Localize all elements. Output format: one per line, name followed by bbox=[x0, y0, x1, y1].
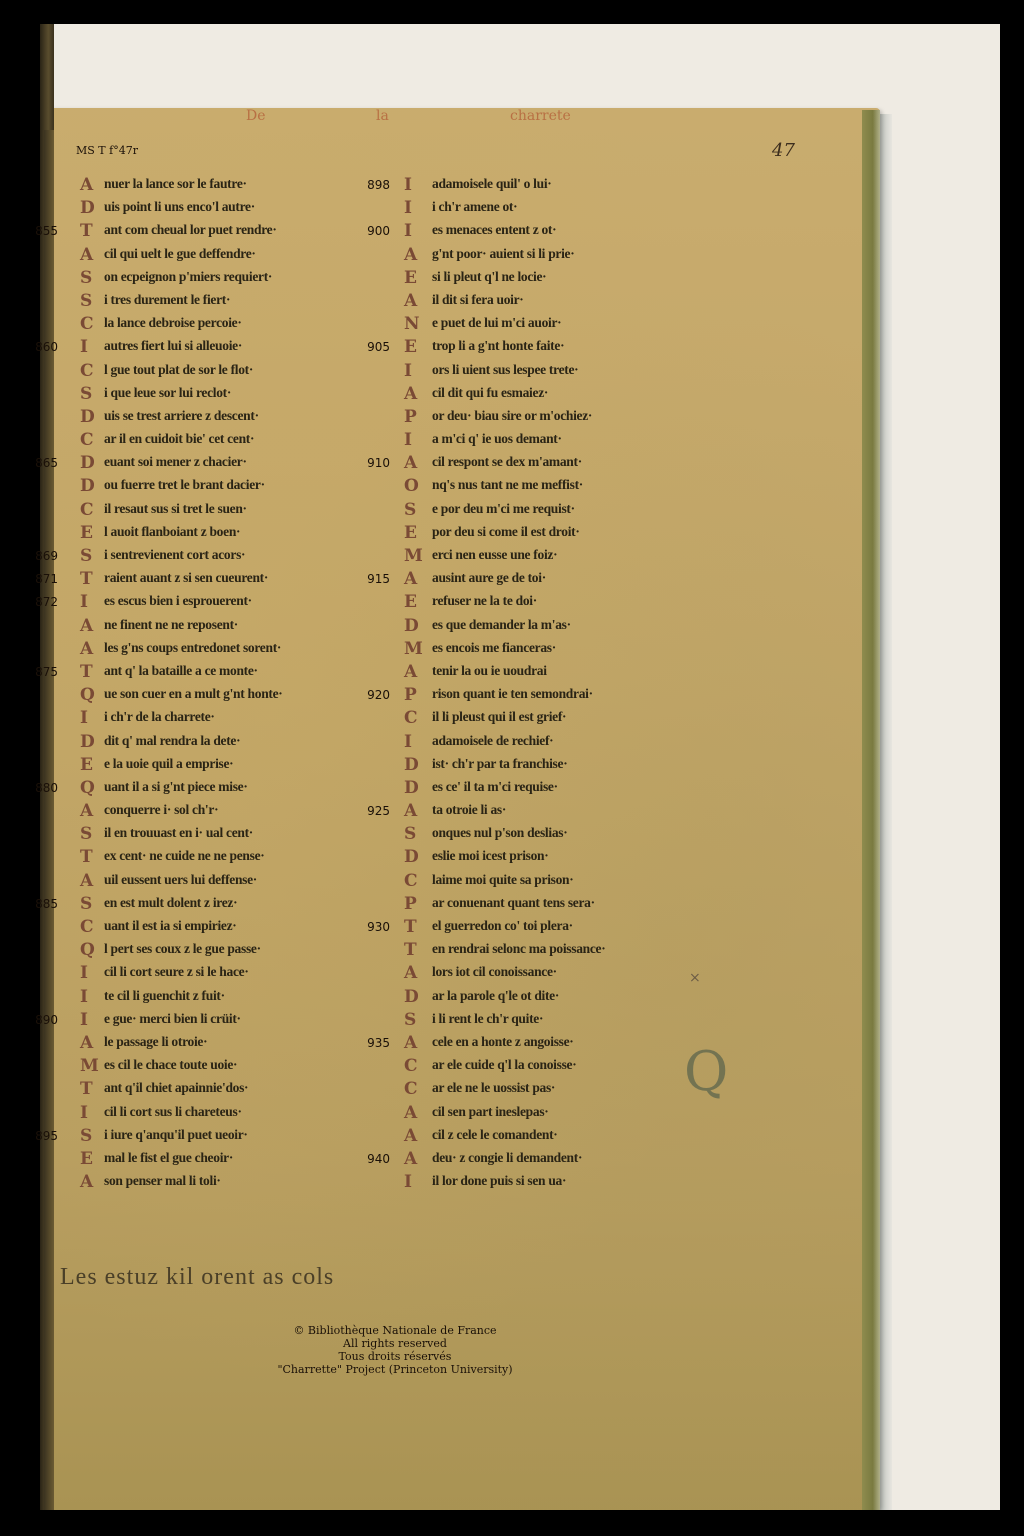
verse-text: lors iot cil conoissance· bbox=[432, 964, 557, 980]
verse-initial: A bbox=[404, 801, 417, 821]
verse-initial: S bbox=[80, 546, 92, 566]
verse-initial: T bbox=[80, 221, 93, 241]
verse-text: cil li cort sus li chareteus· bbox=[104, 1104, 242, 1120]
verse-initial: I bbox=[404, 1172, 412, 1192]
verse-text: ar ele cuide q'l la conoisse· bbox=[432, 1057, 576, 1073]
verse-initial: P bbox=[404, 685, 417, 705]
line-number: 935 bbox=[364, 1036, 390, 1050]
verse-text: e por deu m'ci me requist· bbox=[432, 501, 575, 517]
folio-number: 47 bbox=[772, 140, 795, 161]
verse-text: ant q' la bataille a ce monte· bbox=[104, 663, 258, 679]
verse-text: uis point li uns enco'l autre· bbox=[104, 199, 255, 215]
verse-text: ex cent· ne cuide ne ne pense· bbox=[104, 848, 265, 864]
line-number: 885 bbox=[34, 897, 58, 911]
verse-text: nuer la lance sor le fautre· bbox=[104, 176, 247, 192]
verse-initial: S bbox=[404, 1010, 416, 1030]
verse-initial: A bbox=[404, 1126, 417, 1146]
verse-text: cil li cort seure z si le hace· bbox=[104, 964, 249, 980]
verse-initial: T bbox=[80, 847, 93, 867]
verse-text: ne finent ne ne reposent· bbox=[104, 617, 238, 633]
line-number: 898 bbox=[364, 178, 390, 192]
verse-text: cele en a honte z angoisse· bbox=[432, 1034, 574, 1050]
verse-initial: A bbox=[404, 384, 417, 404]
verse-initial: C bbox=[404, 1056, 418, 1076]
verse-text: es ce' il ta m'ci requise· bbox=[432, 779, 558, 795]
verse-text: cil respont se dex m'amant· bbox=[432, 454, 582, 470]
verse-initial: A bbox=[404, 1033, 417, 1053]
verse-text: ta otroie li as· bbox=[432, 802, 506, 818]
verse-initial: A bbox=[404, 1103, 417, 1123]
verse-initial: P bbox=[404, 894, 417, 914]
verse-text: il li pleust qui il est grief· bbox=[432, 709, 566, 725]
verse-text: uis se trest arriere z descent· bbox=[104, 408, 259, 424]
line-number: 930 bbox=[364, 920, 390, 934]
verse-text: la lance debroise percoie· bbox=[104, 315, 242, 331]
page-shadow bbox=[880, 114, 892, 1510]
verse-text: l gue tout plat de sor le flot· bbox=[104, 362, 253, 378]
verse-initial: E bbox=[80, 523, 93, 543]
verse-text: i ch'r amene ot· bbox=[432, 199, 517, 215]
line-number: 890 bbox=[34, 1013, 58, 1027]
verse-text: deu· z congie li demandent· bbox=[432, 1150, 582, 1166]
verse-initial: D bbox=[404, 755, 419, 775]
verse-text: te cil li guenchit z fuit· bbox=[104, 988, 225, 1004]
verse-initial: D bbox=[404, 778, 419, 798]
verse-text: adamoisele quil' o lui· bbox=[432, 176, 552, 192]
verse-initial: C bbox=[80, 430, 94, 450]
verse-text: ors li uient sus lespee trete· bbox=[432, 362, 578, 378]
line-number: 855 bbox=[34, 224, 58, 238]
verse-initial: E bbox=[404, 268, 417, 288]
verse-initial: A bbox=[404, 1149, 417, 1169]
verse-initial: Q bbox=[80, 778, 95, 798]
verse-text: i tres durement le fiert· bbox=[104, 292, 230, 308]
verse-initial: T bbox=[80, 1079, 93, 1099]
verse-initial: T bbox=[404, 940, 417, 960]
verse-initial: A bbox=[80, 639, 93, 659]
verse-initial: C bbox=[80, 361, 94, 381]
verse-initial: I bbox=[80, 592, 88, 612]
line-number: 905 bbox=[364, 340, 390, 354]
verse-initial: I bbox=[80, 1010, 88, 1030]
copyright-line: © Bibliothèque Nationale de France bbox=[270, 1324, 520, 1337]
verse-initial: C bbox=[404, 708, 418, 728]
verse-initial: Q bbox=[80, 940, 95, 960]
line-number: 915 bbox=[364, 572, 390, 586]
verse-text: cil sen part ineslepas· bbox=[432, 1104, 548, 1120]
verse-text: cil dit qui fu esmaiez· bbox=[432, 385, 548, 401]
verse-text: autres fiert lui si alleuoie· bbox=[104, 338, 242, 354]
line-number: 940 bbox=[364, 1152, 390, 1166]
line-number: 880 bbox=[34, 781, 58, 795]
line-number: 875 bbox=[34, 665, 58, 679]
verse-text: tenir la ou ie uoudrai bbox=[432, 663, 547, 679]
verse-initial: E bbox=[404, 337, 417, 357]
verse-text: le passage li otroie· bbox=[104, 1034, 207, 1050]
verse-initial: T bbox=[80, 569, 93, 589]
verse-initial: S bbox=[80, 384, 92, 404]
verse-text: l auoit flanboiant z boen· bbox=[104, 524, 240, 540]
verse-initial: C bbox=[404, 871, 418, 891]
verse-initial: I bbox=[404, 430, 412, 450]
verse-text: refuser ne la te doi· bbox=[432, 593, 537, 609]
verse-text: i ch'r de la charrete· bbox=[104, 709, 215, 725]
verse-text: es escus bien i esprouerent· bbox=[104, 593, 252, 609]
verse-initial: I bbox=[80, 987, 88, 1007]
running-title-word: De bbox=[246, 108, 266, 124]
verse-initial: A bbox=[404, 569, 417, 589]
verse-initial: I bbox=[404, 361, 412, 381]
verse-initial: A bbox=[404, 291, 417, 311]
verse-text: ar il en cuidoit bie' cet cent· bbox=[104, 431, 254, 447]
verse-text: ant com cheual lor puet rendre· bbox=[104, 222, 277, 238]
verse-text: i sentrevienent cort acors· bbox=[104, 547, 245, 563]
show-through-initial: Q bbox=[684, 1040, 728, 1103]
verse-text: es cil le chace toute uoie· bbox=[104, 1057, 237, 1073]
running-title-word: la bbox=[376, 108, 389, 124]
line-number: 895 bbox=[34, 1129, 58, 1143]
verse-text: cil qui uelt le gue deffendre· bbox=[104, 246, 256, 262]
verse-text: en est mult dolent z irez· bbox=[104, 895, 237, 911]
verse-initial: E bbox=[80, 755, 93, 775]
verse-text: il resaut sus si tret le suen· bbox=[104, 501, 247, 517]
verse-initial: I bbox=[80, 963, 88, 983]
verse-initial: D bbox=[404, 847, 419, 867]
verse-text: a m'ci q' ie uos demant· bbox=[432, 431, 562, 447]
verse-initial: M bbox=[404, 546, 423, 566]
line-number: 920 bbox=[364, 688, 390, 702]
verse-initial: I bbox=[80, 708, 88, 728]
verse-text: nq's nus tant ne me meffist· bbox=[432, 477, 583, 493]
verse-text: i iure q'anqu'il puet ueoir· bbox=[104, 1127, 248, 1143]
verse-initial: A bbox=[404, 453, 417, 473]
verse-initial: M bbox=[404, 639, 423, 659]
verse-initial: T bbox=[80, 662, 93, 682]
verse-text: uant il a si g'nt piece mise· bbox=[104, 779, 248, 795]
verse-text: son penser mal li toli· bbox=[104, 1173, 221, 1189]
verse-text: g'nt poor· auient si li prie· bbox=[432, 246, 574, 262]
verse-initial: A bbox=[80, 175, 93, 195]
margin-cross-mark: × bbox=[689, 970, 701, 986]
verse-initial: P bbox=[404, 407, 417, 427]
verse-initial: D bbox=[404, 987, 419, 1007]
verse-text: adamoisele de rechief· bbox=[432, 733, 553, 749]
verse-text: ar ele ne le uossist pas· bbox=[432, 1080, 555, 1096]
verse-text: e puet de lui m'ci auoir· bbox=[432, 315, 561, 331]
verse-text: ant q'il chiet apainnie'dos· bbox=[104, 1080, 248, 1096]
verse-initial: I bbox=[80, 1103, 88, 1123]
verse-text: trop li a g'nt honte faite· bbox=[432, 338, 564, 354]
verse-text: en rendrai selonc ma poissance· bbox=[432, 941, 605, 957]
verse-initial: E bbox=[404, 592, 417, 612]
verse-text: uil eussent uers lui deffense· bbox=[104, 872, 257, 888]
verse-initial: S bbox=[80, 1126, 92, 1146]
verse-text: ist· ch'r par ta franchise· bbox=[432, 756, 567, 772]
verse-text: es menaces entent z ot· bbox=[432, 222, 556, 238]
verse-text: laime moi quite sa prison· bbox=[432, 872, 573, 888]
running-title-word: charrete bbox=[510, 108, 571, 124]
verse-text: mal le fist el gue cheoir· bbox=[104, 1150, 233, 1166]
verse-text: por deu si come il est droit· bbox=[432, 524, 580, 540]
line-number: 869 bbox=[34, 549, 58, 563]
page-gutter bbox=[44, 130, 54, 1510]
verse-text: rison quant ie ten semondrai· bbox=[432, 686, 593, 702]
verse-initial: C bbox=[80, 917, 94, 937]
line-number: 860 bbox=[34, 340, 58, 354]
verse-text: uant il est ia si empiriez· bbox=[104, 918, 237, 934]
verse-initial: D bbox=[80, 476, 95, 496]
verse-initial: E bbox=[404, 523, 417, 543]
verse-text: i que leue sor lui reclot· bbox=[104, 385, 231, 401]
verse-initial: A bbox=[404, 662, 417, 682]
verse-text: es encois me fianceras· bbox=[432, 640, 556, 656]
verse-text: ausint aure ge de toi· bbox=[432, 570, 546, 586]
verse-text: eslie moi icest prison· bbox=[432, 848, 548, 864]
verse-initial: A bbox=[80, 1172, 93, 1192]
verse-initial: D bbox=[80, 407, 95, 427]
line-number: 872 bbox=[34, 595, 58, 609]
verse-initial: S bbox=[404, 500, 416, 520]
verse-text: el guerredon co' toi plera· bbox=[432, 918, 573, 934]
verse-initial: C bbox=[80, 314, 94, 334]
verse-initial: D bbox=[80, 453, 95, 473]
line-number: 900 bbox=[364, 224, 390, 238]
line-number: 871 bbox=[34, 572, 58, 586]
verse-text: il dit si fera uoir· bbox=[432, 292, 524, 308]
verse-text: il en trouuast en i· ual cent· bbox=[104, 825, 253, 841]
verse-initial: I bbox=[404, 198, 412, 218]
verse-text: on ecpeignon p'miers requiert· bbox=[104, 269, 272, 285]
verse-initial: I bbox=[404, 175, 412, 195]
verse-initial: D bbox=[80, 732, 95, 752]
verse-text: es que demander la m'as· bbox=[432, 617, 571, 633]
verse-initial: N bbox=[404, 314, 420, 334]
section-heading: Les estuz kil orent as cols bbox=[60, 1264, 334, 1291]
verse-text: e gue· merci bien li crüit· bbox=[104, 1011, 241, 1027]
verse-initial: I bbox=[404, 732, 412, 752]
verse-initial: A bbox=[80, 1033, 93, 1053]
verse-text: cil z cele le comandent· bbox=[432, 1127, 558, 1143]
verse-text: e la uoie quil a emprise· bbox=[104, 756, 233, 772]
verse-initial: A bbox=[404, 245, 417, 265]
verse-initial: S bbox=[80, 894, 92, 914]
verse-initial: S bbox=[80, 291, 92, 311]
verse-text: l pert ses coux z le gue passe· bbox=[104, 941, 261, 957]
verse-initial: I bbox=[404, 221, 412, 241]
verse-initial: D bbox=[80, 198, 95, 218]
verse-initial: C bbox=[80, 500, 94, 520]
verse-text: raient auant z si sen cueurent· bbox=[104, 570, 268, 586]
verse-text: i li rent le ch'r quite· bbox=[432, 1011, 543, 1027]
verse-text: ar conuenant quant tens sera· bbox=[432, 895, 595, 911]
verse-initial: I bbox=[80, 337, 88, 357]
verse-text: si li pleut q'l ne locie· bbox=[432, 269, 546, 285]
verse-initial: S bbox=[80, 824, 92, 844]
verse-text: il lor done puis si sen ua· bbox=[432, 1173, 566, 1189]
copyright-notice: © Bibliothèque Nationale de France All r… bbox=[270, 1324, 520, 1376]
verse-initial: A bbox=[80, 245, 93, 265]
verse-initial: M bbox=[80, 1056, 99, 1076]
verse-initial: C bbox=[404, 1079, 418, 1099]
verse-text: ue son cuer en a mult g'nt honte· bbox=[104, 686, 283, 702]
copyright-line: Tous droits réservés bbox=[270, 1350, 520, 1363]
verse-initial: E bbox=[80, 1149, 93, 1169]
verse-text: ar la parole q'le ot dite· bbox=[432, 988, 559, 1004]
verse-initial: O bbox=[404, 476, 419, 496]
line-number: 910 bbox=[364, 456, 390, 470]
manuscript-label: MS T f°47r bbox=[76, 144, 138, 157]
line-number: 865 bbox=[34, 456, 58, 470]
verse-text: conquerre i· sol ch'r· bbox=[104, 802, 218, 818]
verse-text: dit q' mal rendra la dete· bbox=[104, 733, 240, 749]
verse-text: les g'ns coups entredonet sorent· bbox=[104, 640, 281, 656]
verse-text: onques nul p'son deslias· bbox=[432, 825, 567, 841]
verse-initial: A bbox=[80, 801, 93, 821]
verse-initial: A bbox=[80, 616, 93, 636]
verse-text: or deu· biau sire or m'ochiez· bbox=[432, 408, 592, 424]
verse-initial: A bbox=[80, 871, 93, 891]
copyright-line: All rights reserved bbox=[270, 1337, 520, 1350]
copyright-line: "Charrette" Project (Princeton Universit… bbox=[270, 1363, 520, 1376]
verse-initial: Q bbox=[80, 685, 95, 705]
verse-initial: A bbox=[404, 963, 417, 983]
page-edge bbox=[862, 110, 880, 1510]
line-number: 925 bbox=[364, 804, 390, 818]
verse-initial: T bbox=[404, 917, 417, 937]
verse-initial: S bbox=[80, 268, 92, 288]
verse-initial: S bbox=[404, 824, 416, 844]
verse-text: erci nen eusse une foiz· bbox=[432, 547, 557, 563]
verse-text: ou fuerre tret le brant dacier· bbox=[104, 477, 265, 493]
verse-text: euant soi mener z chacier· bbox=[104, 454, 247, 470]
verse-initial: D bbox=[404, 616, 419, 636]
